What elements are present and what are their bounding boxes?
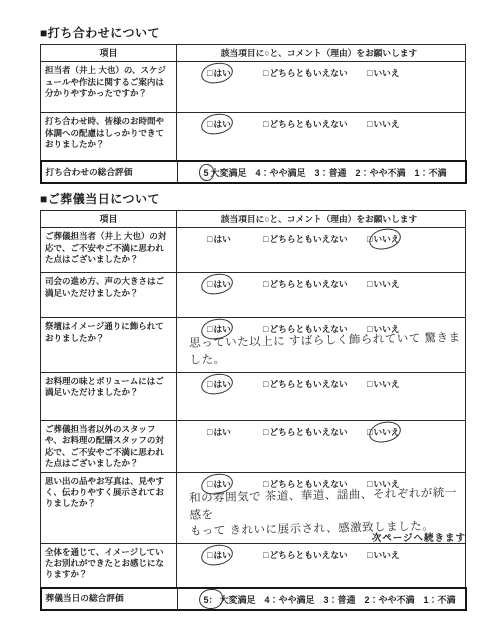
handwritten-comment: 思っていた以上に すばらしく飾られていて 驚きました。: [177, 329, 462, 369]
option-label: はい: [213, 324, 230, 334]
column-header-answer: 該当項目に○と、コメント（理由）をお願いします: [177, 211, 465, 227]
option-label: いいえ: [373, 68, 399, 78]
scanned-questionnaire-page: ■打ち合わせについて 項目 該当項目に○と、コメント（理由）をお願いします 担当…: [0, 0, 502, 621]
checkbox-icon: □: [263, 119, 268, 129]
question-text: 担当者（井上 大也）の、スケジュールや作法に関するご案内は分かりやすかったですか…: [41, 62, 177, 112]
option-label: いいえ: [373, 550, 399, 560]
option-label: はい: [213, 427, 230, 437]
option-no[interactable]: □いいえ: [367, 118, 400, 130]
section-title-funeral-day: ■ご葬儀当日について: [40, 184, 466, 210]
selected-rating-circle: 5：: [202, 593, 220, 606]
checkbox-icon: □: [263, 479, 268, 489]
answer-options: □はい □どちらともいえない □いいえ: [177, 547, 461, 561]
question-row: 司会の進め方、声の大きさはご満足いただけましたか？ □はい □どちらともいえない…: [41, 273, 465, 318]
option-label: いいえ: [373, 379, 399, 389]
option-yes[interactable]: □はい: [207, 233, 263, 245]
option-no[interactable]: □いいえ: [367, 278, 400, 290]
question-row: 打ち合わせ時、皆様のお時間や体調への配慮はしっかりできておりましたか？ □はい …: [41, 113, 465, 161]
funeral-day-table: 項目 該当項目に○と、コメント（理由）をお願いします ご葬儀担当者（井上 大也）…: [40, 210, 466, 610]
option-label: どちらともいえない: [269, 234, 347, 244]
checkbox-icon: □: [207, 279, 212, 289]
option-label: はい: [213, 234, 230, 244]
rating-label: 打ち合わせの総合評価: [42, 162, 178, 182]
option-neutral[interactable]: □どちらともいえない: [263, 378, 367, 390]
column-header-item: 項目: [41, 45, 177, 61]
answer-options: □はい □どちらともいえない □いいえ: [177, 376, 461, 390]
option-neutral[interactable]: □どちらともいえない: [263, 233, 367, 245]
table-header-row: 項目 該当項目に○と、コメント（理由）をお願いします: [41, 45, 465, 62]
question-text: 打ち合わせ時、皆様のお時間や体調への配慮はしっかりできておりましたか？: [41, 113, 177, 160]
option-no[interactable]: □いいえ: [367, 67, 400, 79]
rating-scale-text: 大変満足 4：やや満足 3：普通 2：やや不満 1：不満: [220, 593, 456, 606]
checkbox-icon: □: [207, 68, 212, 78]
option-yes[interactable]: □はい: [207, 378, 263, 390]
checkbox-icon: □: [207, 550, 212, 560]
option-label: はい: [213, 379, 230, 389]
option-yes[interactable]: □はい: [207, 426, 263, 438]
checkbox-icon: □: [367, 379, 372, 389]
question-row: 担当者（井上 大也）の、スケジュールや作法に関するご案内は分かりやすかったですか…: [41, 62, 465, 113]
checkbox-icon: □: [367, 68, 372, 78]
question-text: ご葬儀担当者（井上 大也）の対応で、ご不安やご不満に思われた点はございましたか？: [41, 228, 177, 272]
rating-label: 葬儀当日の総合評価: [42, 589, 178, 609]
question-text: 全体を通じて、イメージしていたお別れができたとお感じになりますか？: [41, 544, 177, 587]
checkbox-icon: □: [263, 279, 268, 289]
column-header-answer: 該当項目に○と、コメント（理由）をお願いします: [177, 45, 465, 61]
section-title-meeting: ■打ち合わせについて: [40, 0, 466, 44]
checkbox-icon: □: [367, 119, 372, 129]
option-yes[interactable]: □はい: [207, 549, 263, 561]
checkbox-icon: □: [263, 68, 268, 78]
table-header-row: 項目 該当項目に○と、コメント（理由）をお願いします: [41, 211, 465, 228]
checkbox-icon: □: [367, 234, 372, 244]
option-label: いいえ: [373, 427, 399, 437]
answer-options: □はい □どちらともいえない □いいえ: [177, 65, 461, 79]
answer-options: □はい □どちらともいえない □いいえ: [177, 231, 461, 245]
checkbox-icon: □: [207, 479, 212, 489]
selected-rating-value: 5: [204, 168, 209, 178]
option-no[interactable]: □いいえ: [367, 549, 400, 561]
option-yes[interactable]: □はい: [207, 118, 263, 130]
answer-options: □はい □どちらともいえない □いいえ: [177, 276, 461, 290]
overall-rating-row: 葬儀当日の総合評価 5： 大変満足 4：やや満足 3：普通 2：やや不満 1：不…: [40, 587, 467, 611]
checkbox-icon: □: [263, 427, 268, 437]
question-text: 思い出の品やお写真は、見やすく、伝わりやすく展示されておりましたか？: [41, 473, 177, 543]
option-label: どちらともいえない: [269, 550, 347, 560]
option-label: はい: [213, 119, 230, 129]
option-yes[interactable]: □はい: [207, 67, 263, 79]
option-label: どちらともいえない: [269, 379, 347, 389]
option-label: はい: [213, 68, 230, 78]
rating-scale-text: 大変満足 4：やや満足 3：普通 2：やや不満 1：不満: [211, 166, 447, 179]
option-no[interactable]: □いいえ: [367, 378, 400, 390]
option-no[interactable]: □いいえ: [367, 233, 400, 245]
answer-options: □はい □どちらともいえない □いいえ: [177, 424, 461, 438]
question-row: ご葬儀担当者（井上 大也）の対応で、ご不安やご不満に思われた点はございましたか？…: [41, 228, 465, 273]
option-neutral[interactable]: □どちらともいえない: [263, 549, 367, 561]
option-neutral[interactable]: □どちらともいえない: [263, 278, 367, 290]
option-no[interactable]: □いいえ: [367, 426, 400, 438]
option-label: いいえ: [373, 279, 399, 289]
option-label: はい: [213, 479, 230, 489]
answer-options: □はい □どちらともいえない □いいえ: [177, 116, 461, 130]
checkbox-icon: □: [207, 379, 212, 389]
checkbox-icon: □: [367, 427, 372, 437]
question-row: ご葬儀担当者以外のスタッフや、お料理の配膳スタッフの対応で、ご不安やご不満に思わ…: [41, 421, 465, 473]
column-header-item: 項目: [41, 211, 177, 227]
checkbox-icon: □: [367, 279, 372, 289]
checkbox-icon: □: [207, 119, 212, 129]
option-label: はい: [213, 279, 230, 289]
overall-rating-row: 打ち合わせの総合評価 5 大変満足 4：やや満足 3：普通 2：やや不満 1：不…: [40, 160, 467, 184]
option-label: どちらともいえない: [269, 119, 347, 129]
selected-rating-value: 5：: [204, 595, 218, 605]
checkbox-icon: □: [207, 234, 212, 244]
continue-next-page-note: 次ページへ続きます: [372, 530, 466, 544]
question-text: 祭壇はイメージ通りに飾られておりましたか？: [41, 318, 177, 371]
question-text: 司会の進め方、声の大きさはご満足いただけましたか？: [41, 273, 177, 317]
question-row: お料理の味とボリュームにはご満足いただけましたか？ □はい □どちらともいえない…: [41, 373, 465, 421]
checkbox-icon: □: [263, 550, 268, 560]
meeting-table: 項目 該当項目に○と、コメント（理由）をお願いします 担当者（井上 大也）の、ス…: [40, 44, 466, 184]
option-label: どちらともいえない: [269, 279, 347, 289]
option-label: はい: [213, 550, 230, 560]
question-text: ご葬儀担当者以外のスタッフや、お料理の配膳スタッフの対応で、ご不安やご不満に思わ…: [41, 421, 177, 472]
checkbox-icon: □: [207, 427, 212, 437]
checkbox-icon: □: [367, 550, 372, 560]
question-text: お料理の味とボリュームにはご満足いただけましたか？: [41, 373, 177, 420]
option-neutral[interactable]: □どちらともいえない: [263, 118, 367, 130]
option-neutral[interactable]: □どちらともいえない: [263, 67, 367, 79]
checkbox-icon: □: [263, 234, 268, 244]
question-row: 全体を通じて、イメージしていたお別れができたとお感じになりますか？ □はい □ど…: [41, 544, 465, 588]
option-label: どちらともいえない: [269, 427, 347, 437]
checkbox-icon: □: [263, 379, 268, 389]
option-label: どちらともいえない: [269, 68, 347, 78]
option-label: いいえ: [373, 234, 399, 244]
option-neutral[interactable]: □どちらともいえない: [263, 426, 367, 438]
option-label: いいえ: [373, 119, 399, 129]
option-yes[interactable]: □はい: [207, 278, 263, 290]
checkbox-icon: □: [207, 324, 212, 334]
question-row: 祭壇はイメージ通りに飾られておりましたか？ □はい □どちらともいえない □いい…: [41, 318, 465, 372]
selected-rating-circle: 5: [202, 168, 211, 178]
